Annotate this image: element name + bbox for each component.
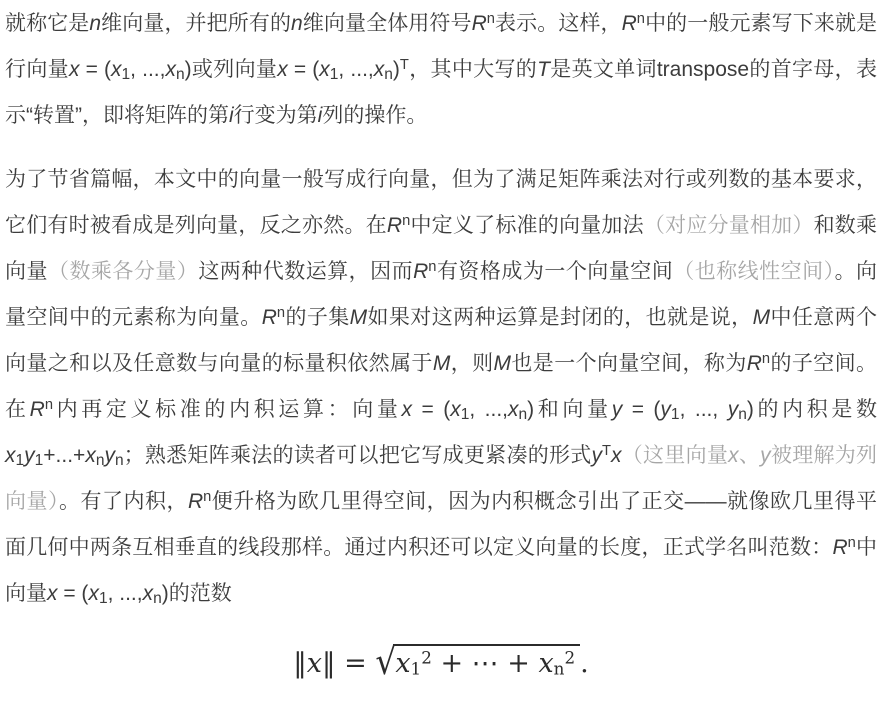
paragraph-1: 就称它是n维向量，并把所有的n维向量全体用符号Rn表示。这样，Rn中的一般元素写…: [5, 1, 877, 139]
formula-period: .: [580, 648, 589, 679]
article-text: 就称它是n维向量，并把所有的n维向量全体用符号Rn表示。这样，Rn中的一般元素写…: [0, 0, 887, 687]
radical-sign: √: [375, 644, 396, 681]
radicand: x12 + ⋯ + xn2: [393, 644, 580, 681]
norm-formula: ‖x‖ = √x12 + ⋯ + xn2.: [5, 641, 877, 687]
formula-lhs: ‖x‖ =: [293, 648, 375, 679]
paragraph-2: 为了节省篇幅，本文中的向量一般写成行向量，但为了满足矩阵乘法对行或列数的基本要求…: [5, 157, 877, 617]
sqrt-expression: √x12 + ⋯ + xn2: [375, 648, 580, 679]
